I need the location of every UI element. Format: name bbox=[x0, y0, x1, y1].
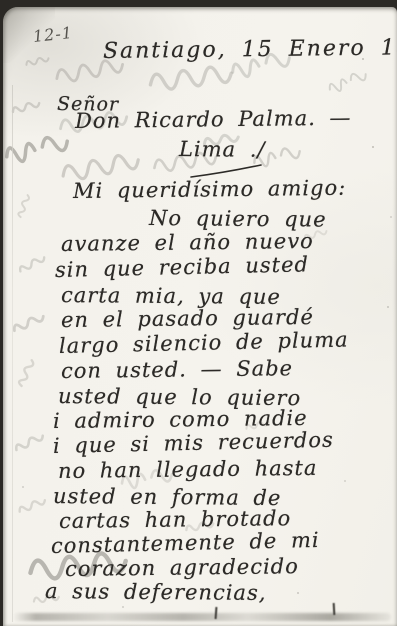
paper-crease-line bbox=[12, 85, 13, 622]
letter-line: con usted. — Sabe bbox=[61, 356, 293, 383]
letter-line: a sus deferencias, bbox=[45, 579, 267, 605]
letter-line: avanze el año nuevo bbox=[61, 229, 314, 256]
letter-scan: 12-1 Santiago, 15 Enero 1889. Señor Don … bbox=[0, 0, 397, 626]
letter-line: No quiero que bbox=[149, 206, 327, 232]
dateline: Santiago, 15 Enero 1889. bbox=[103, 35, 397, 64]
letter-line: corazon agradecido bbox=[65, 554, 299, 581]
letter-line: no han llegado hasta bbox=[58, 456, 318, 483]
letter-line: en el pasado guardé bbox=[61, 305, 314, 332]
lima-underline-flourish bbox=[191, 165, 261, 177]
letter-page: 12-1 Santiago, 15 Enero 1889. Señor Don … bbox=[3, 7, 397, 626]
recipient-name-line: Don Ricardo Palma. — bbox=[75, 106, 352, 133]
letter-greeting: Mi queridísimo amigo: bbox=[73, 176, 347, 203]
recipient-city-line: Lima ./ bbox=[179, 137, 266, 162]
